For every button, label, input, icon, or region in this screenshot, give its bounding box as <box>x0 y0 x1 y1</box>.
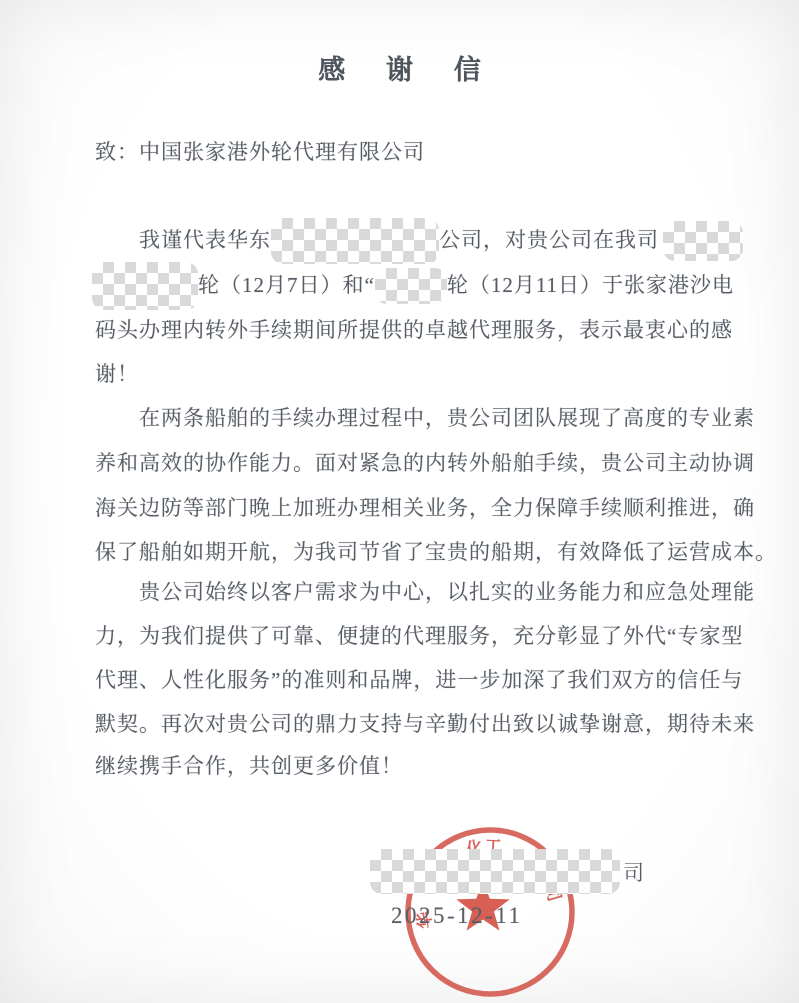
body-line-13: 继续携手合作，共创更多价值！ <box>95 744 403 789</box>
redaction-mosaic <box>92 262 198 310</box>
redaction-mosaic <box>375 268 447 304</box>
redaction-mosaic <box>271 218 439 264</box>
body-text: 继续携手合作，共创更多价值！ <box>95 744 403 789</box>
body-line-8: 保了船舶如期开航，为我司节省了宝贵的船期，有效降低了运营成本。 <box>95 530 777 575</box>
body-line-2: 轮（12月7日）和“ 轮（12月11日）于张家港沙电 <box>92 263 734 308</box>
body-text: 码头办理内转外手续期间所提供的卓越代理服务，表示最衷心的感 <box>95 308 733 353</box>
body-text: 我谨代表华东 <box>139 218 271 263</box>
body-line-10: 力，为我们提供了可靠、便捷的代理服务，充分彰显了外代“专家型 <box>95 614 743 659</box>
letter-title: 感 谢 信 <box>0 48 799 87</box>
body-line-3: 码头办理内转外手续期间所提供的卓越代理服务，表示最衷心的感 <box>95 308 733 353</box>
body-text: 养和高效的协作能力。面对紧急的内转外船舶手续，贵公司主动协调 <box>95 441 755 486</box>
body-text: 力，为我们提供了可靠、便捷的代理服务，充分彰显了外代“专家型 <box>95 614 743 659</box>
body-line-12: 默契。再次对贵公司的鼎力支持与辛勤付出致以诚挚谢意，期待未来 <box>95 702 755 747</box>
body-text: 轮（12月11日）于张家港沙电 <box>447 263 734 308</box>
signature-suffix: 司 <box>623 857 644 887</box>
redaction-mosaic <box>663 221 743 261</box>
body-text: 公司，对贵公司在我司 <box>439 218 659 263</box>
signature-line: 司 <box>370 849 644 894</box>
letter-date: 2025-12-11 <box>391 903 522 929</box>
body-text: 在两条船舶的手续办理过程中，贵公司团队展现了高度的专业素 <box>139 396 755 441</box>
letter-page: 感 谢 信 致：中国张家港外轮代理有限公司 我谨代表华东 公司，对贵公司在我司 … <box>0 0 799 1003</box>
body-text: 轮（12月7日）和“ <box>198 263 375 308</box>
recipient-text: 致：中国张家港外轮代理有限公司 <box>95 130 425 175</box>
recipient-line: 致：中国张家港外轮代理有限公司 <box>95 130 425 175</box>
body-text: 海关边防等部门晚上加班办理相关业务，全力保障手续顺利推进，确 <box>95 486 755 531</box>
body-text: 谢！ <box>95 352 139 397</box>
body-line-4: 谢！ <box>95 352 139 397</box>
body-text: 代理、人性化服务”的准则和品牌，进一步加深了我们双方的信任与 <box>95 658 743 703</box>
body-line-1: 我谨代表华东 公司，对贵公司在我司 <box>139 218 743 263</box>
body-text: 默契。再次对贵公司的鼎力支持与辛勤付出致以诚挚谢意，期待未来 <box>95 702 755 747</box>
body-line-6: 养和高效的协作能力。面对紧急的内转外船舶手续，贵公司主动协调 <box>95 441 755 486</box>
body-text: 贵公司始终以客户需求为中心，以扎实的业务能力和应急处理能 <box>139 570 755 615</box>
body-line-5: 在两条船舶的手续办理过程中，贵公司团队展现了高度的专业素 <box>139 396 755 441</box>
body-line-9: 贵公司始终以客户需求为中心，以扎实的业务能力和应急处理能 <box>139 570 755 615</box>
redaction-mosaic <box>370 849 620 894</box>
body-line-7: 海关边防等部门晚上加班办理相关业务，全力保障手续顺利推进，确 <box>95 486 755 531</box>
body-line-11: 代理、人性化服务”的准则和品牌，进一步加深了我们双方的信任与 <box>95 658 743 703</box>
body-text: 保了船舶如期开航，为我司节省了宝贵的船期，有效降低了运营成本。 <box>95 530 777 575</box>
